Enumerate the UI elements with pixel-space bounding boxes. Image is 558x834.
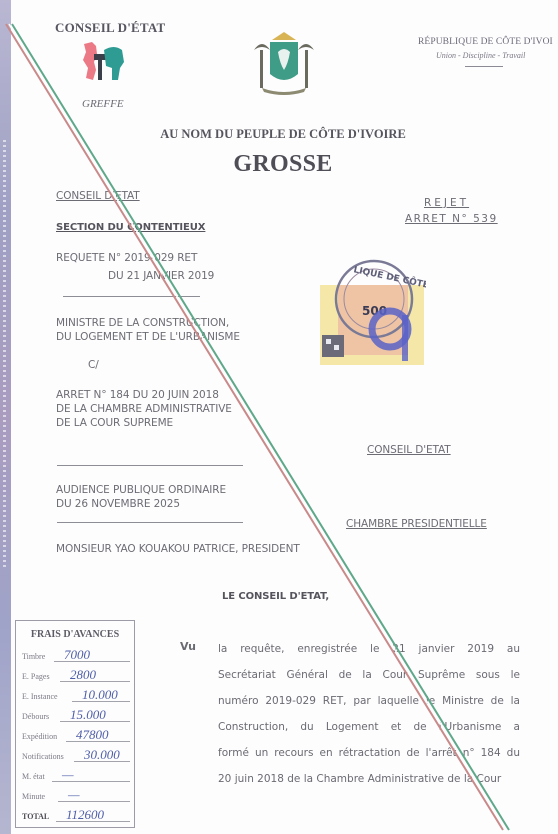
coat-of-arms-icon — [252, 30, 316, 96]
body-line: formé un recours en rétractation de l'ar… — [218, 740, 520, 766]
fee-label: Timbre — [22, 652, 45, 661]
court-label: CONSEIL D'ETAT — [56, 190, 140, 202]
hearing-line-1: AUDIENCE PUBLIQUE ORDINAIRE — [56, 484, 226, 496]
divider — [63, 296, 200, 297]
section-label: SECTION DU CONTENTIEUX — [56, 222, 205, 233]
request-number: REQUETE N° 2019-029 RET — [56, 252, 197, 264]
versus-label: C/ — [88, 359, 99, 371]
fee-value: 10.000 — [82, 687, 118, 703]
fee-value: 2800 — [70, 667, 96, 683]
fee-label: Expédition — [22, 732, 57, 741]
fee-row: Notifications30.000 — [22, 747, 130, 763]
fee-label: E. Instance — [22, 692, 58, 701]
court-label-right: CONSEIL D'ETAT — [367, 444, 451, 456]
ruling-number: ARRET N° 539 — [405, 213, 498, 225]
vu-label: Vu — [180, 640, 196, 653]
chamber-label: CHAMBRE PRESIDENTIELLE — [346, 518, 487, 530]
fees-box-title: FRAIS D'AVANCES — [16, 629, 134, 640]
fee-label: E. Pages — [22, 672, 50, 681]
hearing-line-2: DU 26 NOVEMBRE 2025 — [56, 498, 180, 510]
fee-row: M. état— — [22, 767, 130, 783]
body-line: Secrétariat Général de la Cour Suprême s… — [218, 662, 520, 688]
fee-label: Débours — [22, 712, 49, 721]
divider — [57, 465, 243, 466]
request-date: DU 21 JANVIER 2019 — [108, 270, 214, 282]
fee-label: Notifications — [22, 752, 64, 761]
president-name: MONSIEUR YAO KOUAKOU PATRICE, PRESIDENT — [56, 543, 300, 555]
decision-line-1: ARRET N° 184 DU 20 JUIN 2018 — [56, 389, 219, 401]
decision-line-3: DE LA COUR SUPREME — [56, 417, 173, 429]
divider — [57, 522, 243, 523]
body-line: numéro 2019-029 RET, par laquelle le Min… — [218, 688, 520, 714]
body-line: 20 juin 2018 de la Chambre Administrativ… — [218, 766, 520, 792]
motto-underline — [465, 66, 503, 67]
conseil-etat-logo-icon — [80, 40, 126, 84]
fee-value: — — [68, 787, 80, 803]
party-line-1: MINISTRE DE LA CONSTRUCTION, — [56, 317, 229, 329]
body-line: la requête, enregistrée le 21 janvier 20… — [218, 636, 520, 662]
fee-row: E. Instance10.000 — [22, 687, 130, 703]
department-name: GREFFE — [82, 98, 124, 110]
fee-value: 7000 — [64, 647, 90, 663]
fees-box: FRAIS D'AVANCES Timbre7000E. Pages2800E.… — [15, 620, 135, 828]
fee-row: E. Pages2800 — [22, 667, 130, 683]
republic-name: RÉPUBLIQUE DE CÔTE D'IVOI — [418, 37, 553, 47]
fee-row: Minute— — [22, 787, 130, 803]
fee-label: M. état — [22, 772, 45, 781]
document-page: CONSEIL D'ÉTAT GREFFE RÉPUBLIQUE DE CÔTE… — [0, 0, 558, 834]
fee-label: Minute — [22, 792, 45, 801]
fee-label: TOTAL — [22, 812, 49, 821]
fee-value: 112600 — [66, 807, 104, 823]
body-heading: LE CONSEIL D'ETAT, — [222, 591, 329, 602]
binding-strip — [0, 0, 11, 834]
fee-value: 15.000 — [70, 707, 106, 723]
fee-value: 47800 — [76, 727, 109, 743]
party-line-2: DU LOGEMENT ET DE L'URBANISME — [56, 331, 240, 343]
fee-row: TOTAL112600 — [22, 807, 130, 823]
fee-value: — — [62, 767, 74, 783]
fee-row: Débours15.000 — [22, 707, 130, 723]
body-line: Construction, du Logement et de l'Urbani… — [218, 714, 520, 740]
document-type-title: GROSSE — [0, 151, 558, 178]
fee-row: Timbre7000 — [22, 647, 130, 663]
fee-value: 30.000 — [84, 747, 120, 763]
outcome-label: REJET — [424, 197, 469, 209]
body-paragraph: la requête, enregistrée le 21 janvier 20… — [218, 636, 520, 792]
decision-line-2: DE LA CHAMBRE ADMINISTRATIVE — [56, 403, 232, 415]
fee-row: Expédition47800 — [22, 727, 130, 743]
institution-name: CONSEIL D'ÉTAT — [55, 20, 165, 36]
national-motto: Union - Discipline - Travail — [436, 51, 525, 60]
invocation: AU NOM DU PEUPLE DE CÔTE D'IVOIRE — [0, 127, 558, 142]
fiscal-stamp-icon: LIQUE DE CÔTE D'I 500 — [318, 255, 426, 367]
